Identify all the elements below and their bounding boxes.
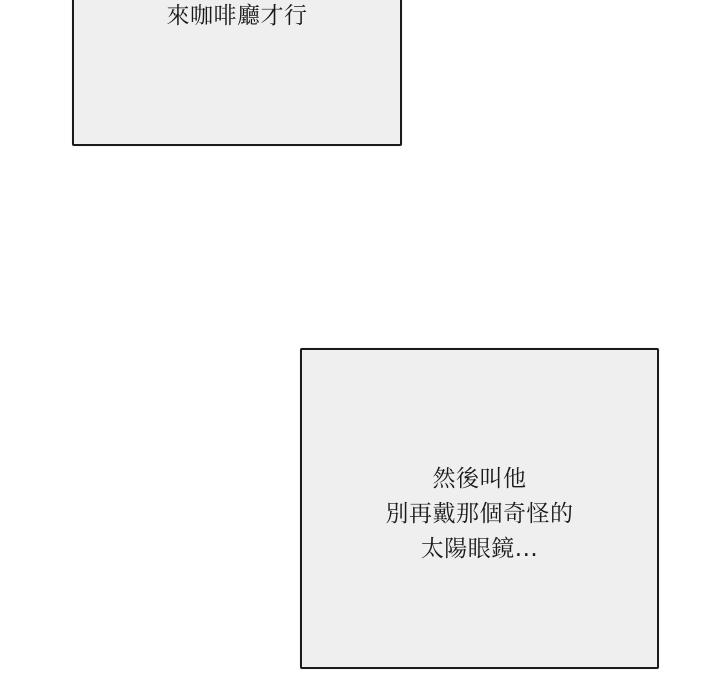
caption-line: 別再戴那個奇怪的 — [302, 497, 657, 532]
caption-line: 太陽眼鏡... — [302, 532, 657, 567]
caption-line: 然後叫他 — [302, 462, 657, 497]
caption-line: 來咖啡廳才行 — [74, 0, 400, 34]
comic-panel-1: 來咖啡廳才行 — [72, 0, 402, 146]
speech-caption-1: 來咖啡廳才行 — [74, 0, 400, 34]
comic-panel-2: 然後叫他 別再戴那個奇怪的 太陽眼鏡... — [300, 348, 659, 669]
speech-caption-2: 然後叫他 別再戴那個奇怪的 太陽眼鏡... — [302, 462, 657, 567]
